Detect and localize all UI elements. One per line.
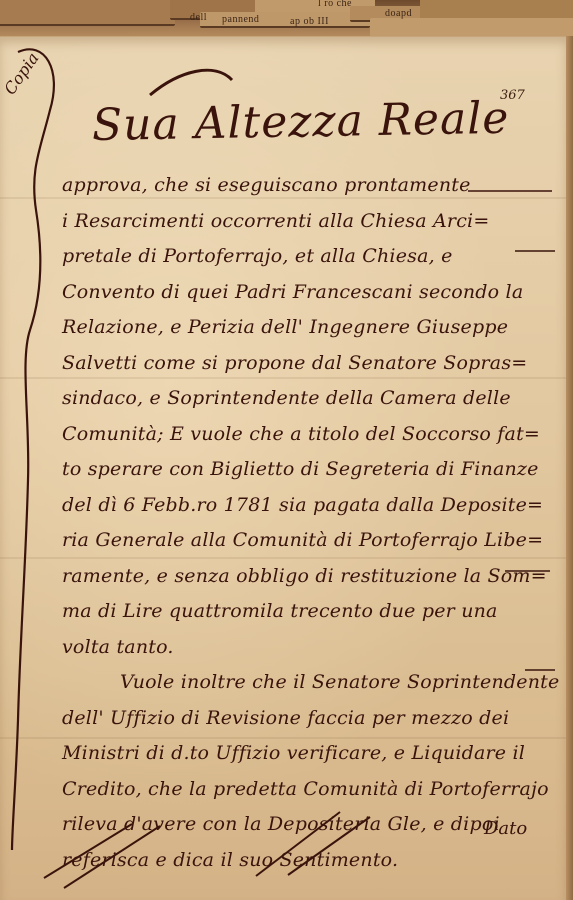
scrap-print-text: doapd (385, 8, 412, 19)
text-line: dell' Uffizio di Revisione faccia per me… (62, 701, 562, 737)
page-edge (566, 36, 573, 900)
scrap-print-text: l ro che (318, 0, 352, 9)
text-line: volta tanto. (62, 630, 562, 666)
text-line: ma di Lire quattromila trecento due per … (62, 594, 562, 630)
scrap-print-text: pannend (222, 14, 259, 25)
text-line: Credito, che la predetta Comunità di Por… (62, 772, 562, 808)
paper-scrap (370, 18, 573, 38)
text-line: referisca e dica il suo Sentimento. (62, 843, 562, 879)
text-line: Ministri di d.to Uffizio verificare, e L… (62, 736, 562, 772)
text-line: ria Generale alla Comunità di Portoferra… (62, 523, 562, 559)
paper-scrap (0, 0, 175, 26)
text-line: Convento di quei Padri Francescani secon… (62, 275, 562, 311)
text-line: Salvetti come si propone dal Senatore So… (62, 346, 562, 382)
manuscript-body: approva, che si eseguiscano prontamente … (62, 168, 562, 878)
text-line: pretale di Portoferrajo, et alla Chiesa,… (62, 239, 562, 275)
text-line: Vuole inoltre che il Senatore Soprintend… (62, 665, 562, 701)
closing-word: Dato (484, 818, 527, 839)
text-line: to sperare con Biglietto di Segreteria d… (62, 452, 562, 488)
scrap-print-text: ap ob III (290, 16, 329, 27)
text-line: ramente, e senza obbligo di restituzione… (62, 559, 562, 595)
torn-paper-strip: l ro che dell pannend ap ob III doapd (0, 0, 573, 40)
text-line: sindaco, e Soprintendente della Camera d… (62, 381, 562, 417)
text-line: i Resarcimenti occorrenti alla Chiesa Ar… (62, 204, 562, 240)
text-line: Relazione, e Perizia dell' Ingegnere Giu… (62, 310, 562, 346)
text-line: approva, che si eseguiscano prontamente (62, 168, 562, 204)
text-line: del dì 6 Febb.ro 1781 sia pagata dalla D… (62, 488, 562, 524)
document-heading: Sua Altezza Reale (92, 93, 510, 151)
text-line: Comunità; E vuole che a titolo del Socco… (62, 417, 562, 453)
scrap-print-text: dell (190, 12, 207, 23)
